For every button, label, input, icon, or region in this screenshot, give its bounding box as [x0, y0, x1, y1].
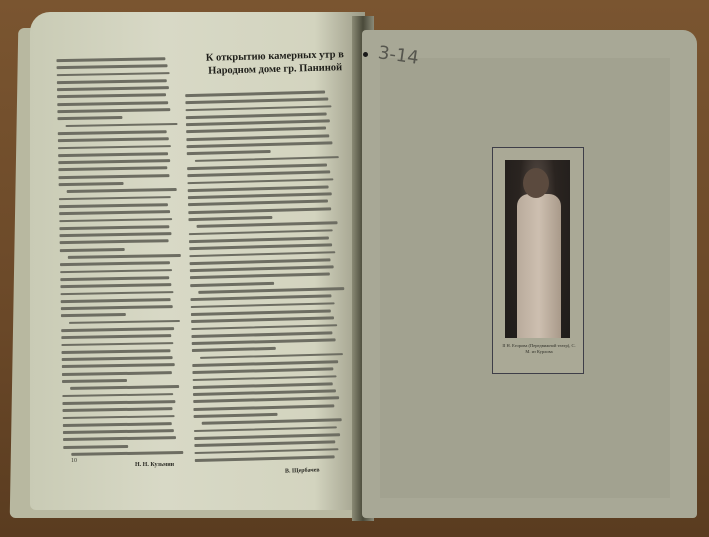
author-signature-right: В. Щербачев [285, 467, 320, 474]
figure-head [523, 168, 549, 198]
photo-caption: II Н. Егорова (Передвижной театр), С. М.… [501, 343, 577, 355]
ink-dot [363, 52, 368, 57]
caption-marker: II [502, 343, 505, 348]
portrait-photo [505, 160, 570, 338]
photo-frame: II Н. Егорова (Передвижной театр), С. М.… [492, 147, 584, 374]
article-title: К открытию камерных утр в Народном доме … [190, 48, 361, 78]
author-signature-left: Н. Н. Кузьмин [135, 462, 174, 468]
right-article-column [185, 88, 355, 472]
text-line [63, 449, 188, 458]
figure-dress [517, 194, 561, 338]
left-article-column [56, 55, 188, 477]
caption-text: Н. Егорова (Передвижной театр), С. М. из… [507, 343, 576, 354]
page-number: 10 [71, 458, 77, 464]
